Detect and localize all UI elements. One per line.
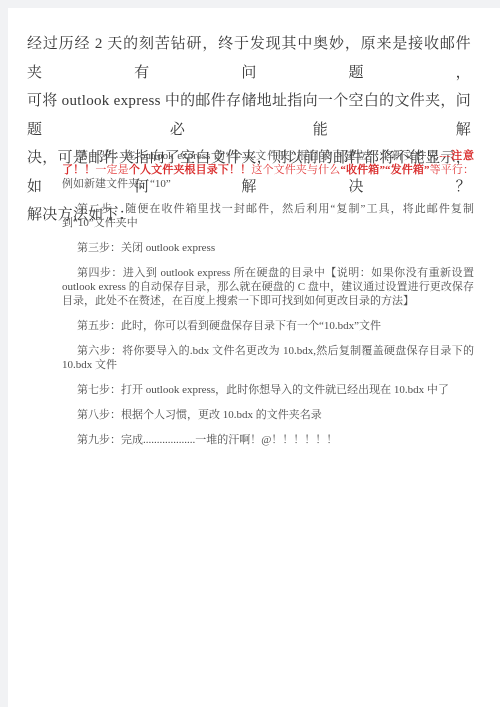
intro-line: 经过历经 2 天的刻苦钻研，终于发现其中奥妙，原来是接收邮件夹有问题， bbox=[27, 30, 471, 87]
document-page: 经过历经 2 天的刻苦钻研，终于发现其中奥妙，原来是接收邮件夹有问题，可将 ou… bbox=[8, 8, 500, 707]
step-segment: --- bbox=[439, 150, 450, 162]
step-segment: 这个文件夹与什么 bbox=[251, 164, 340, 176]
step-segment: 第七步：打开 outlook express，此时你想导入的文件就已经出现在 1… bbox=[77, 384, 449, 396]
step-paragraph: 第一步：在 outlook express 的“个人文件夹”根目录下建立一个新文… bbox=[62, 149, 474, 191]
step-paragraph: 第九步：完成...................一堆的汗啊！@！！！！！！ bbox=[62, 433, 474, 447]
step-segment: 一定是 bbox=[95, 164, 128, 176]
step-segment: 第五步：此时，你可以看到硬盘保存目录下有一个“10.bdx”文件 bbox=[77, 320, 381, 332]
page-left-border bbox=[0, 0, 8, 707]
step-segment: “收件箱”“发件箱” bbox=[340, 164, 429, 176]
intro-line: 可将 outlook express 中的邮件存储地址指向一个空白的文件夹，问题… bbox=[27, 87, 471, 144]
step-paragraph: 第四步：进入到 outlook express 所在硬盘的目录中【说明：如果你没… bbox=[62, 266, 474, 308]
steps-list: 第一步：在 outlook express 的“个人文件夹”根目录下建立一个新文… bbox=[62, 149, 474, 458]
step-segment: 例如新建文件夹：“10” bbox=[62, 178, 171, 190]
step-segment: 第四步：进入到 outlook express 所在硬盘的目录中【说明：如果你没… bbox=[62, 267, 474, 307]
step-segment: 第三步：关闭 outlook express bbox=[77, 242, 215, 254]
step-segment: 等平行： bbox=[430, 164, 475, 176]
step-paragraph: 第五步：此时，你可以看到硬盘保存目录下有一个“10.bdx”文件 bbox=[62, 319, 474, 333]
step-segment: 第一步：在 outlook express 的“个人文件夹”根目录下建立一个新文… bbox=[77, 150, 439, 162]
step-paragraph: 第二步：随便在收件箱里找一封邮件，然后利用“复制”工具，将此邮件复制到“10”文… bbox=[62, 202, 474, 230]
step-segment: 第九步：完成...................一堆的汗啊！@！！！！！！ bbox=[77, 434, 337, 446]
step-segment: 第八步：根据个人习惯，更改 10.bdx 的文件夹名录 bbox=[77, 409, 322, 421]
step-segment: 个人文件夹根目录下！！ bbox=[129, 164, 252, 176]
step-paragraph: 第六步：将你要导入的.bdx 文件名更改为 10.bdx,然后复制覆盖硬盘保存目… bbox=[62, 344, 474, 372]
step-segment: 第六步：将你要导入的.bdx 文件名更改为 10.bdx,然后复制覆盖硬盘保存目… bbox=[62, 345, 474, 371]
step-paragraph: 第八步：根据个人习惯，更改 10.bdx 的文件夹名录 bbox=[62, 408, 474, 422]
step-paragraph: 第三步：关闭 outlook express bbox=[62, 241, 474, 255]
step-paragraph: 第七步：打开 outlook express，此时你想导入的文件就已经出现在 1… bbox=[62, 383, 474, 397]
step-segment: 第二步：随便在收件箱里找一封邮件，然后利用“复制”工具，将此邮件复制到“10”文… bbox=[62, 203, 474, 229]
page-top-border bbox=[0, 0, 500, 8]
